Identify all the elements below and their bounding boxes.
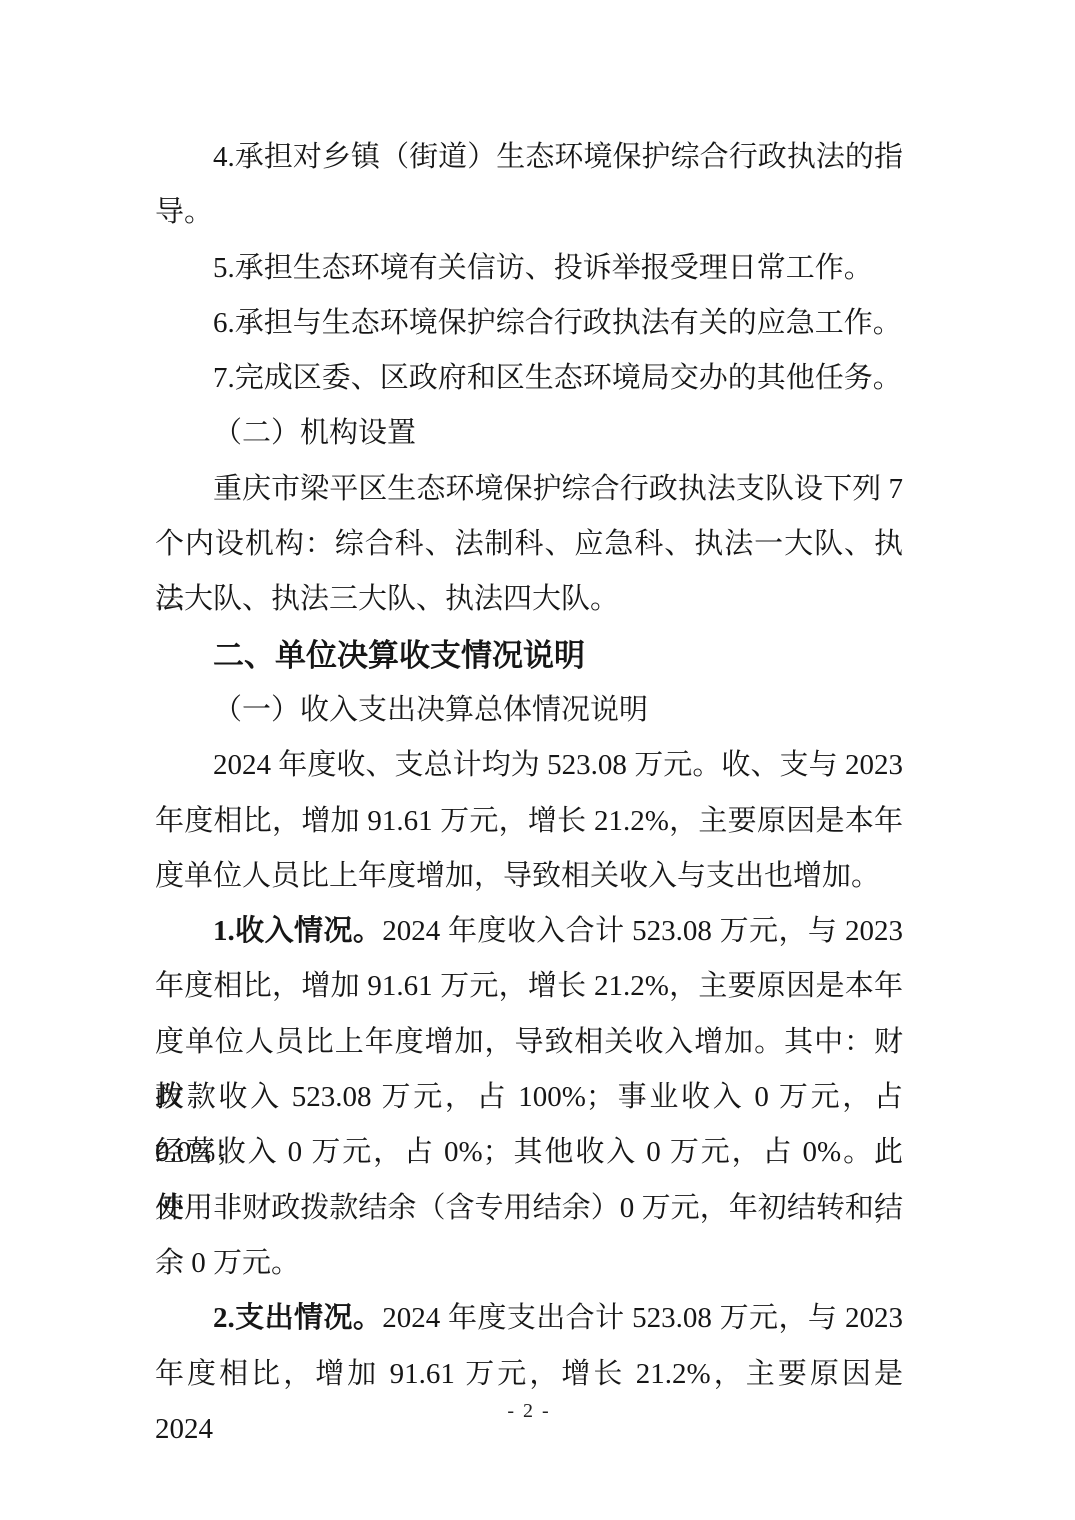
line-duty-7: 7.完成区委、区政府和区生态环境局交办的其他任务。: [155, 351, 903, 406]
line-duty-5: 5.承担生态环境有关信访、投诉举报受理日常工作。: [155, 241, 903, 296]
document-body: 4.承担对乡镇（街道）生态环境保护综合行政执法的指 导。 5.承担生态环境有关信…: [155, 130, 903, 1402]
subheading-overview: （一）收入支出决算总体情况说明: [155, 683, 903, 738]
line-overview-2: 年度相比，增加 91.61 万元，增长 21.2%，主要原因是本年: [155, 794, 903, 849]
income-paragraph-lead: 1.收入情况。: [213, 915, 382, 947]
line-income-7: 余 0 万元。: [155, 1236, 903, 1291]
line-expense-2: 年度相比，增加 91.61 万元，增长 21.2%，主要原因是 2024: [155, 1347, 903, 1402]
income-paragraph-text: 2024 年度收入合计 523.08 万元，与 2023: [382, 915, 903, 947]
line-income-5: 经营收入 0 万元，占 0%；其他收入 0 万元，占 0%。此外，: [155, 1125, 903, 1180]
line-income-6: 使用非财政拨款结余（含专用结余）0 万元，年初结转和结: [155, 1181, 903, 1236]
line-org-part3: 二大队、执法三大队、执法四大队。: [155, 572, 903, 627]
line-org-part2: 个内设机构：综合科、法制科、应急科、执法一大队、执法: [155, 517, 903, 572]
line-overview-1: 2024 年度收、支总计均为 523.08 万元。收、支与 2023: [155, 738, 903, 793]
expense-paragraph-text: 2024 年度支出合计 523.08 万元，与 2023: [382, 1302, 903, 1334]
line-overview-3: 度单位人员比上年度增加，导致相关收入与支出也增加。: [155, 849, 903, 904]
line-duty-6: 6.承担与生态环境保护综合行政执法有关的应急工作。: [155, 296, 903, 351]
line-org-part1: 重庆市梁平区生态环境保护综合行政执法支队设下列 7: [155, 462, 903, 517]
line-income-1: 1.收入情况。2024 年度收入合计 523.08 万元，与 2023: [155, 904, 903, 959]
line-income-4: 拨款收入 523.08 万元，占 100%；事业收入 0 万元，占 0.0%；: [155, 1070, 903, 1125]
line-income-2: 年度相比，增加 91.61 万元，增长 21.2%，主要原因是本年: [155, 959, 903, 1014]
expense-paragraph-lead: 2.支出情况。: [213, 1302, 382, 1334]
page-number: - 2 -: [155, 1400, 903, 1423]
line-income-3: 度单位人员比上年度增加，导致相关收入增加。其中：财政: [155, 1015, 903, 1070]
heading-section2: 二、单位决算收支情况说明: [155, 628, 903, 683]
line-duty-4-part1: 4.承担对乡镇（街道）生态环境保护综合行政执法的指: [155, 130, 903, 185]
line-duty-4-part2: 导。: [155, 185, 903, 240]
subheading-org-setup: （二）机构设置: [155, 406, 903, 461]
line-expense-1: 2.支出情况。2024 年度支出合计 523.08 万元，与 2023: [155, 1291, 903, 1346]
document-page: { "page": { "background_color": "#ffffff…: [0, 0, 1075, 1520]
